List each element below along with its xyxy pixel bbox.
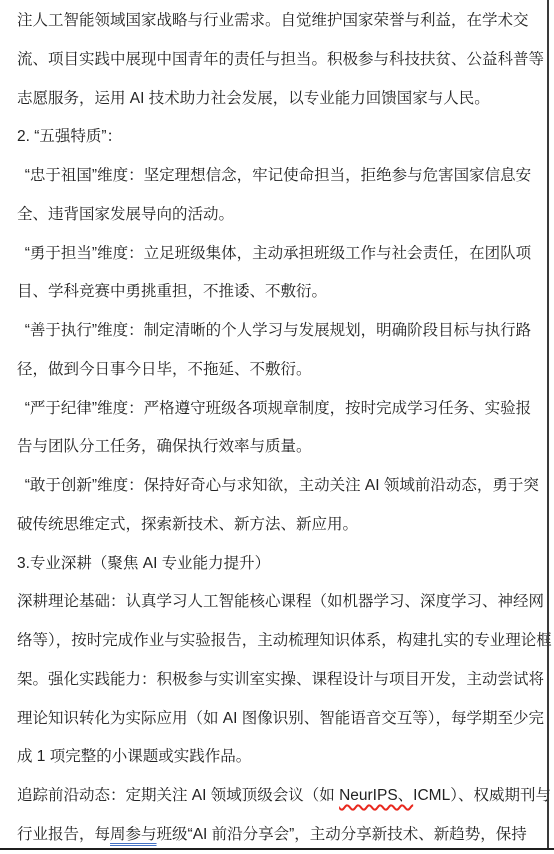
text-line: “善于执行”维度：制定清晰的个人学习与发展规划，明确阶段目标与执行路: [17, 312, 541, 351]
text-run: 全、违背国家发展导向的活动。: [17, 206, 234, 223]
text-run: 目、学科竞赛中勇挑重担，不推诿、不敷衍。: [17, 283, 327, 300]
text-run: 理论知识转化为实际应用（如 AI 图像识别、智能语音交互等），每学期至少完: [17, 710, 544, 727]
text-run: 班级“AI 前沿分享会”，主动分享新技术、新趋势，保持: [157, 826, 527, 843]
text-run: “忠于祖国”维度：坚定理想信念，牢记使命担当，拒绝参与危害国家信息安: [17, 167, 531, 184]
text-run: 注人工智能领域国家战略与行业需求。自觉维护国家荣誉与利益，在学术交: [17, 12, 529, 29]
text-line: 理论知识转化为实际应用（如 AI 图像识别、智能语音交互等），每学期至少完: [17, 700, 541, 739]
text-run: 破传统思维定式，探索新技术、新方法、新应用。: [17, 516, 358, 533]
text-line: “敢于创新”维度：保持好奇心与求知欲，主动关注 AI 领域前沿动态，勇于突: [17, 467, 541, 506]
text-run: ICML）、权威期刊与: [413, 787, 551, 804]
window-right-edge: [547, 0, 549, 850]
text-line: 架。强化实践能力：积极参与实训室实操、课程设计与项目开发，主动尝试将: [17, 661, 541, 700]
text-line: 注人工智能领域国家战略与行业需求。自觉维护国家荣誉与利益，在学术交: [17, 2, 541, 41]
text-run: 追踪前沿动态：定期关注 AI 领域顶级会议（如: [17, 787, 339, 804]
text-line: 成 1 项完整的小课题或实践作品。: [17, 738, 541, 777]
text-run: 志愿服务，运用 AI 技术助力社会发展，以专业能力回馈国家与人民。: [17, 90, 490, 107]
text-line: 志愿服务，运用 AI 技术助力社会发展，以专业能力回馈国家与人民。: [17, 80, 541, 119]
text-run: 行业报告，每: [17, 826, 110, 843]
text-line: 全、违背国家发展导向的活动。: [17, 196, 541, 235]
text-run: 架。强化实践能力：积极参与实训室实操、课程设计与项目开发，主动尝试将: [17, 671, 544, 688]
text-run: “勇于担当”维度：立足班级集体，主动承担班级工作与社会责任，在团队项: [17, 245, 531, 262]
document-page: 注人工智能领域国家战略与行业需求。自觉维护国家荣誉与利益，在学术交流、项目实践中…: [0, 0, 554, 854]
text-line: 径，做到今日事今日毕，不拖延、不敷衍。: [17, 351, 541, 390]
text-line: 追踪前沿动态：定期关注 AI 领域顶级会议（如 NeurIPS、ICML）、权威…: [17, 777, 541, 816]
text-line: 流、项目实践中展现中国青年的责任与担当。积极参与科技扶贫、公益科普等: [17, 41, 541, 80]
text-line: 破传统思维定式，探索新技术、新方法、新应用。: [17, 506, 541, 545]
text-run: “善于执行”维度：制定清晰的个人学习与发展规划，明确阶段目标与执行路: [17, 322, 531, 339]
text-run: 深耕理论基础：认真学习人工智能核心课程（如机器学习、深度学习、神经网: [17, 593, 544, 610]
text-line: 络等），按时完成作业与实验报告，主动梳理知识体系，构建扎实的专业理论框: [17, 622, 541, 661]
text-run: 3.专业深耕（聚焦 AI 专业能力提升）: [17, 555, 270, 572]
text-run: 络等），按时完成作业与实验报告，主动梳理知识体系，构建扎实的专业理论框: [17, 632, 552, 649]
text-line: “严于纪律”维度：严格遵守班级各项规章制度，按时完成学习任务、实验报: [17, 390, 541, 429]
text-run: 流、项目实践中展现中国青年的责任与担当。积极参与科技扶贫、公益科普等: [17, 51, 544, 68]
text-line: “勇于担当”维度：立足班级集体，主动承担班级工作与社会责任，在团队项: [17, 235, 541, 274]
document-text[interactable]: 注人工智能领域国家战略与行业需求。自觉维护国家荣誉与利益，在学术交流、项目实践中…: [17, 2, 541, 854]
text-run: “严于纪律”维度：严格遵守班级各项规章制度，按时完成学习任务、实验报: [17, 400, 531, 417]
text-line: 深耕理论基础：认真学习人工智能核心课程（如机器学习、深度学习、神经网: [17, 583, 541, 622]
text-run: 径，做到今日事今日毕，不拖延、不敷衍。: [17, 361, 312, 378]
grammar-flagged-text: 周参与: [110, 826, 157, 843]
text-run: 2. “五强特质”：: [17, 128, 122, 145]
text-line: 告与团队分工任务，确保执行效率与质量。: [17, 428, 541, 467]
text-run: 成 1 项完整的小课题或实践作品。: [17, 748, 251, 765]
window-bottom-edge: [0, 848, 554, 850]
text-run: 告与团队分工任务，确保执行效率与质量。: [17, 438, 312, 455]
text-line: “忠于祖国”维度：坚定理想信念，牢记使命担当，拒绝参与危害国家信息安: [17, 157, 541, 196]
text-line: 3.专业深耕（聚焦 AI 专业能力提升）: [17, 545, 541, 584]
text-run: “敢于创新”维度：保持好奇心与求知欲，主动关注 AI 领域前沿动态，勇于突: [17, 477, 539, 494]
text-line: 2. “五强特质”：: [17, 118, 541, 157]
spellcheck-flagged-text: NeurIPS、: [339, 787, 413, 804]
text-line: 目、学科竞赛中勇挑重担，不推诿、不敷衍。: [17, 273, 541, 312]
